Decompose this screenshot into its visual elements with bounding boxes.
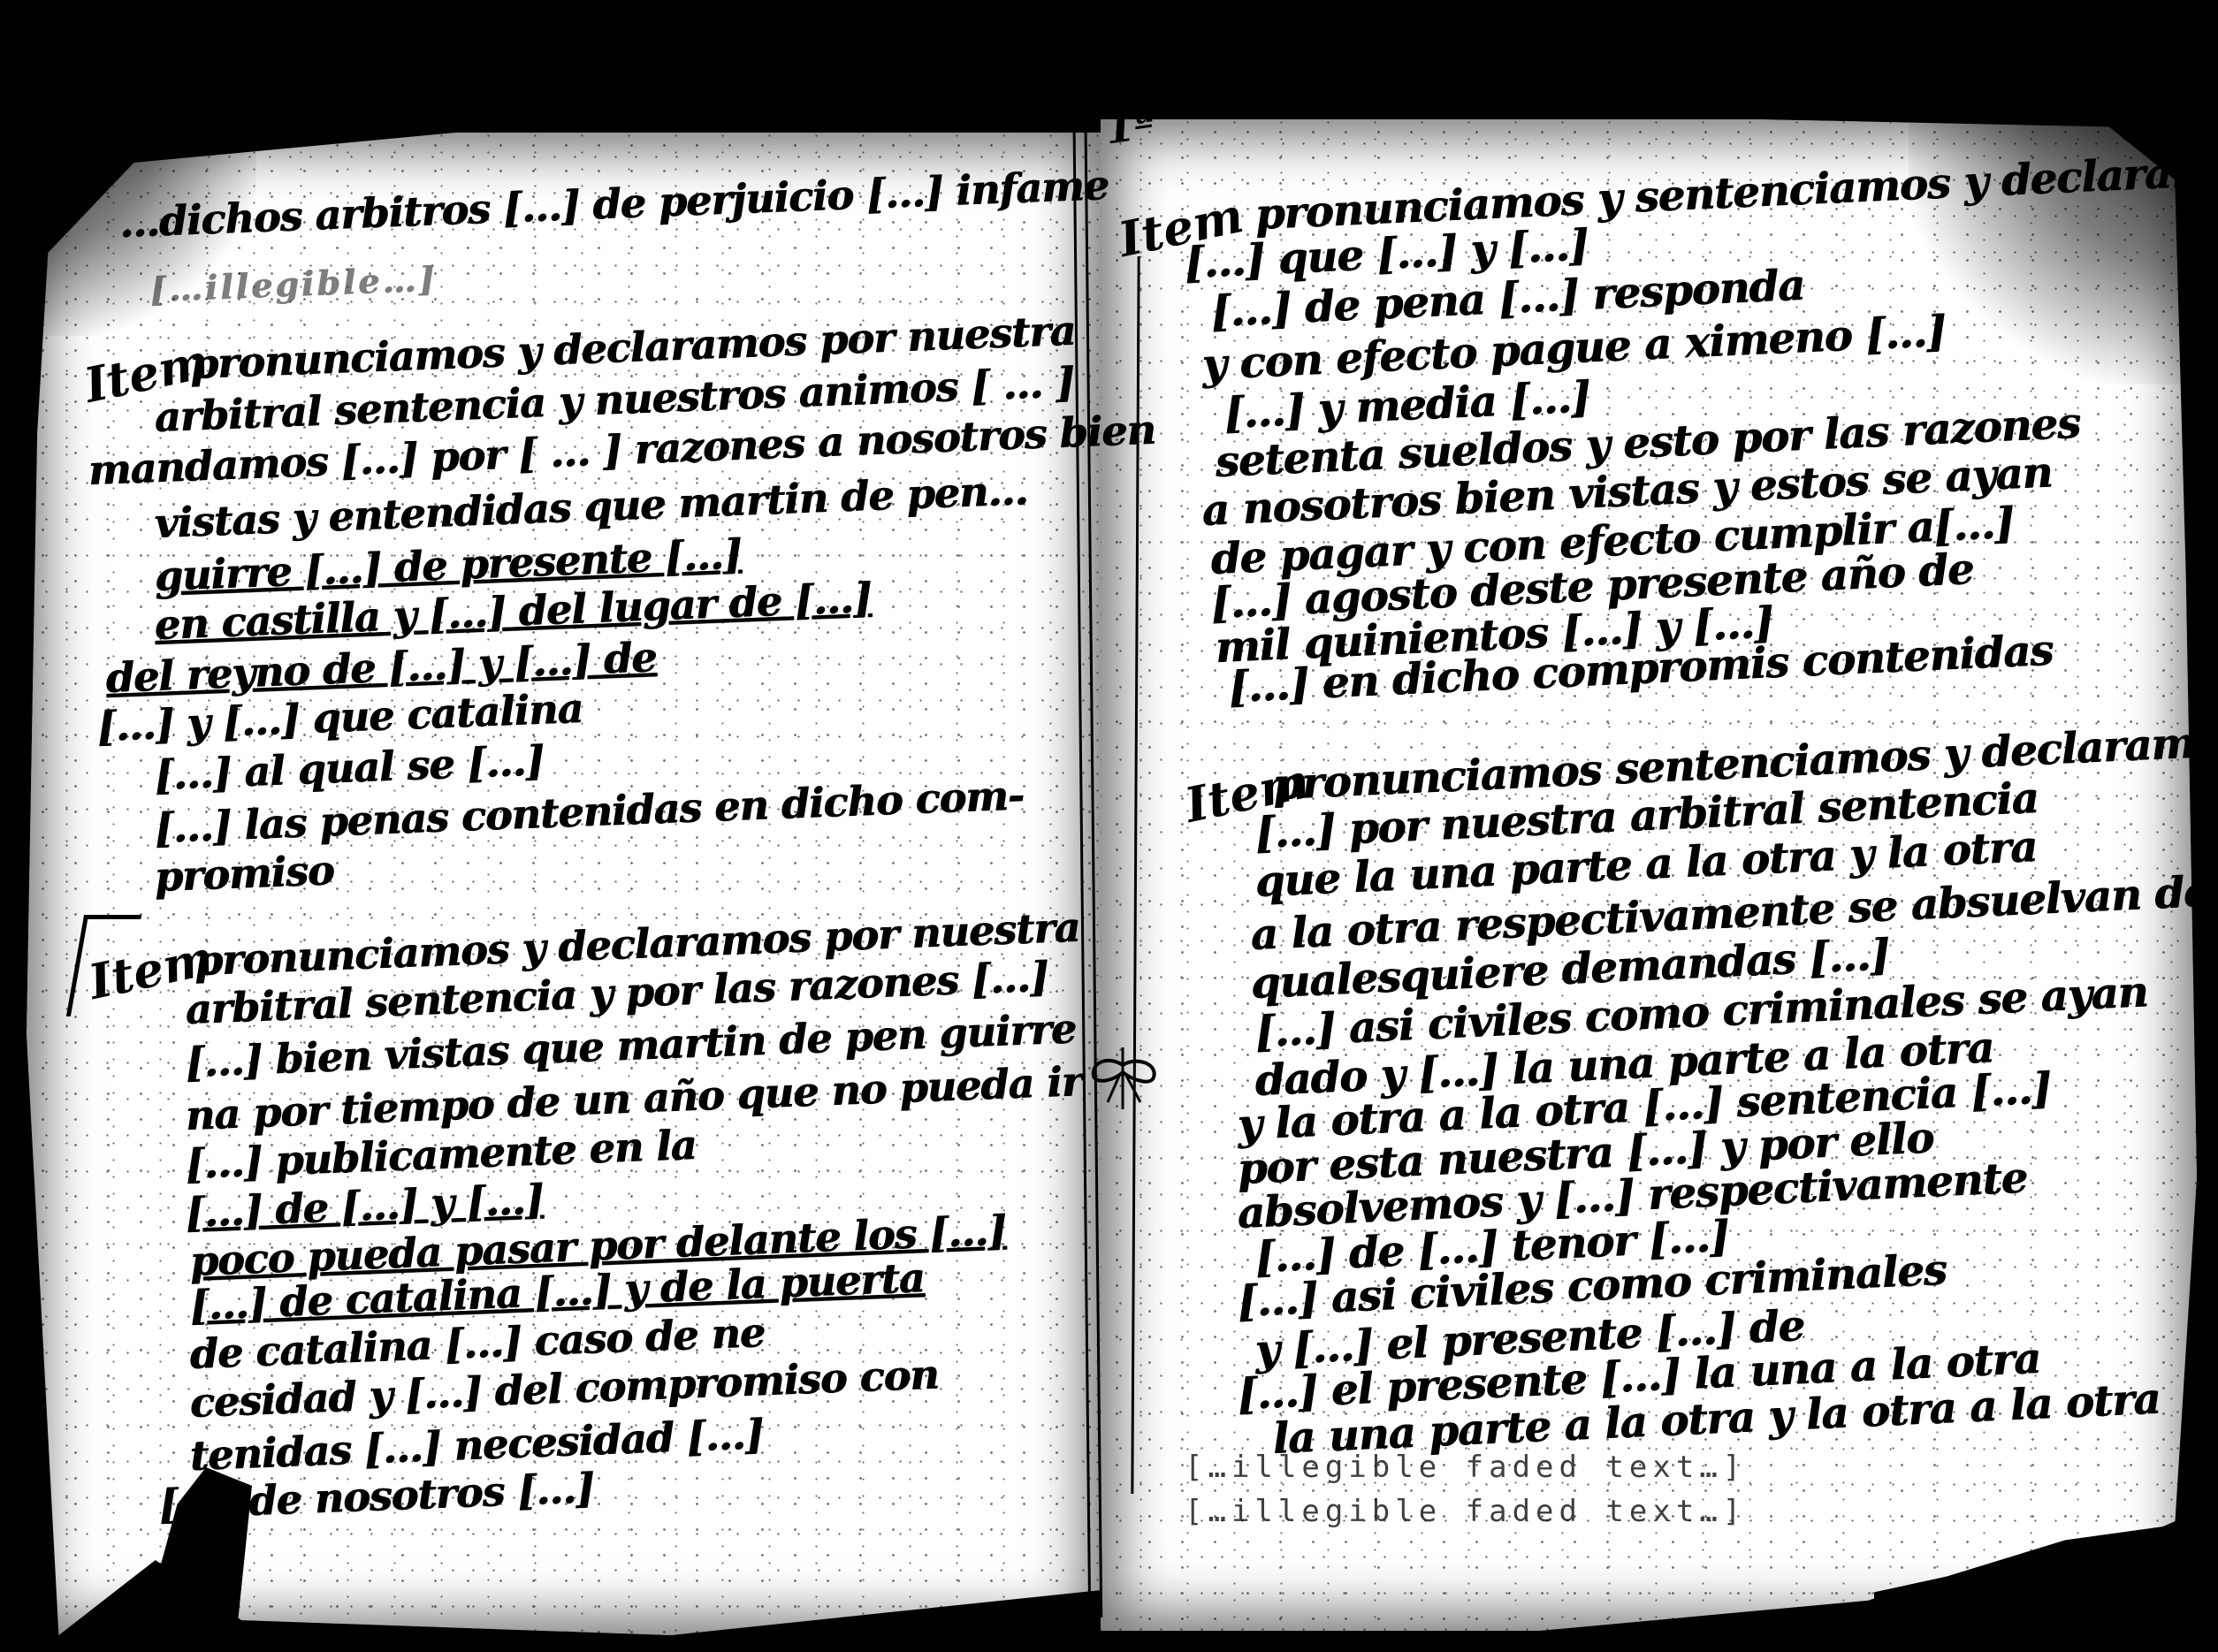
manuscript-spread: 1ª …dichos arbitros […] de perjuicio […]… [0,0,2218,1652]
faded-footer-line: […illegible faded text…] [1185,1450,1746,1485]
faded-footer-line: […illegible faded text…] [1185,1494,1746,1529]
binding-knot-icon [1083,1047,1162,1109]
folio-mark: 1ª [1101,98,1158,154]
text-line: promiso [154,846,335,901]
